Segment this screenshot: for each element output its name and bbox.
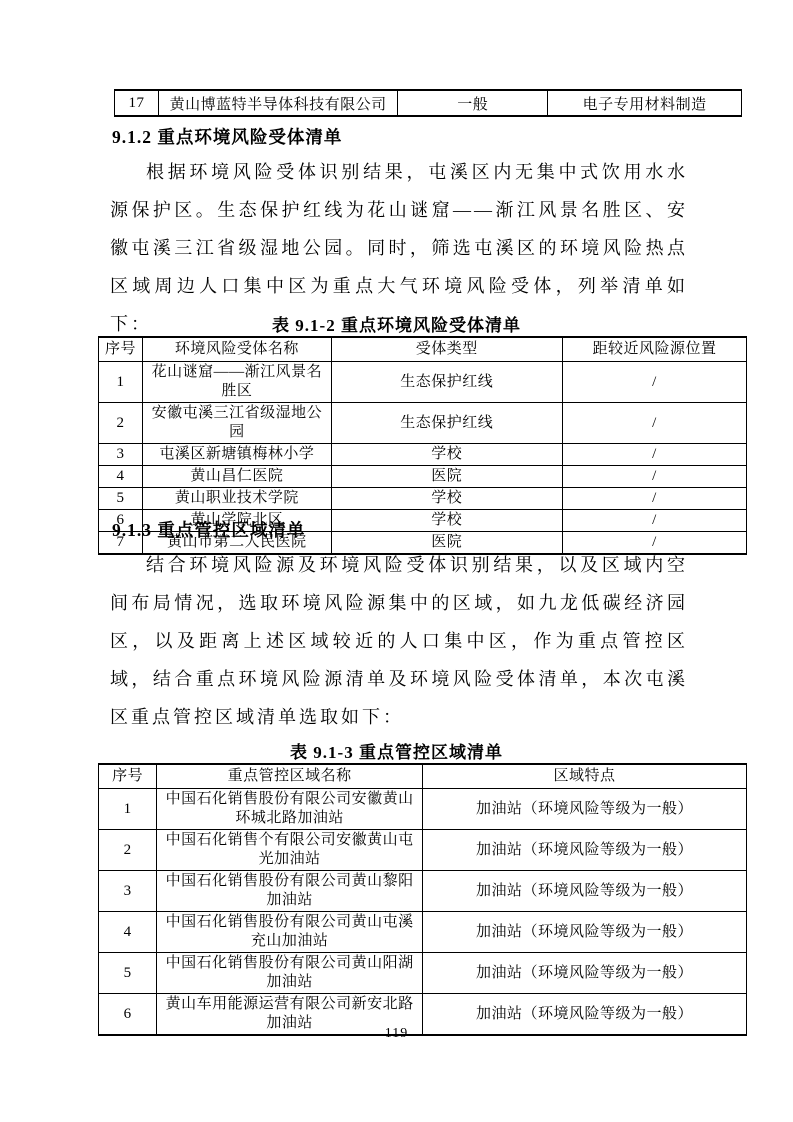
table-cell: 2 [99,830,157,871]
column-header: 环境风险受体名称 [143,337,332,362]
column-header: 重点管控区域名称 [157,764,423,789]
table-row: 4黄山昌仁医院医院/ [99,466,747,488]
section-heading-9-1-3: 9.1.3 重点管控区域清单 [112,517,305,542]
table-cell: 生态保护红线 [331,362,562,403]
table-cell-no: 17 [115,90,159,116]
table-row: 5中国石化销售股份有限公司黄山阳湖加油站加油站（环境风险等级为一般） [99,953,747,994]
table-cell: 5 [99,488,143,510]
table-row: 2安徽屯溪三江省级湿地公园生态保护红线/ [99,403,747,444]
table-cell: 2 [99,403,143,444]
header-row: 序号重点管控区域名称区域特点 [99,764,747,789]
column-header: 区域特点 [422,764,746,789]
document-page: 17 黄山博蓝特半导体科技有限公司 一般 电子专用材料制造 9.1.2 重点环境… [0,0,793,1122]
table-cell: 黄山昌仁医院 [143,466,332,488]
table-cell: 中国石化销售个有限公司安徽黄山屯光加油站 [157,830,423,871]
table-cell: 学校 [331,444,562,466]
table-cell: / [562,403,746,444]
column-header: 受体类型 [331,337,562,362]
table-cell: / [562,466,746,488]
table-row: 4中国石化销售股份有限公司黄山屯溪充山加油站加油站（环境风险等级为一般） [99,912,747,953]
section-heading-9-1-2: 9.1.2 重点环境风险受体清单 [112,124,342,149]
table-cell-company: 黄山博蓝特半导体科技有限公司 [158,90,398,116]
table-cell: 学校 [331,510,562,532]
table-row: 17 黄山博蓝特半导体科技有限公司 一般 电子专用材料制造 [115,90,742,116]
column-header: 距较近风险源位置 [562,337,746,362]
table-cell: 加油站（环境风险等级为一般） [422,912,746,953]
risk-source-table-continued: 17 黄山博蓝特半导体科技有限公司 一般 电子专用材料制造 [114,89,742,117]
table-caption-9-1-2: 表 9.1-2 重点环境风险受体清单 [0,311,793,336]
table-cell: 黄山职业技术学院 [143,488,332,510]
table-cell: 中国石化销售股份有限公司安徽黄山环城北路加油站 [157,789,423,830]
table-cell: 3 [99,871,157,912]
table-row: 2中国石化销售个有限公司安徽黄山屯光加油站加油站（环境风险等级为一般） [99,830,747,871]
table-cell: 中国石化销售股份有限公司黄山黎阳加油站 [157,871,423,912]
table-row: 5黄山职业技术学院学校/ [99,488,747,510]
table-cell: 1 [99,362,143,403]
table-cell: / [562,510,746,532]
table-cell-industry: 电子专用材料制造 [548,90,742,116]
table-cell: / [562,444,746,466]
table-row: 3中国石化销售股份有限公司黄山黎阳加油站加油站（环境风险等级为一般） [99,871,747,912]
table-caption-9-1-3: 表 9.1-3 重点管控区域清单 [0,738,793,763]
table-cell: 中国石化销售股份有限公司黄山屯溪充山加油站 [157,912,423,953]
table-cell: 安徽屯溪三江省级湿地公园 [143,403,332,444]
table-row: 1花山谜窟——渐江风景名胜区生态保护红线/ [99,362,747,403]
table-cell: 4 [99,466,143,488]
paragraph-9-1-3: 结合环境风险源及环境风险受体识别结果，以及区域内空间布局情况，选取环境风险源集中… [110,546,688,736]
table-cell: 生态保护红线 [331,403,562,444]
table-cell: 加油站（环境风险等级为一般） [422,789,746,830]
table-row: 1中国石化销售股份有限公司安徽黄山环城北路加油站加油站（环境风险等级为一般） [99,789,747,830]
page-number: 119 [0,1026,793,1042]
table-cell: 中国石化销售股份有限公司黄山阳湖加油站 [157,953,423,994]
table-cell: / [562,488,746,510]
table-cell: 加油站（环境风险等级为一般） [422,830,746,871]
column-header: 序号 [99,337,143,362]
table-cell: 花山谜窟——渐江风景名胜区 [143,362,332,403]
table-cell: 5 [99,953,157,994]
table-cell: / [562,362,746,403]
header-row: 序号环境风险受体名称受体类型距较近风险源位置 [99,337,747,362]
table-cell: 医院 [331,466,562,488]
table-cell: 加油站（环境风险等级为一般） [422,871,746,912]
table-cell: 3 [99,444,143,466]
control-zone-table: 序号重点管控区域名称区域特点1中国石化销售股份有限公司安徽黄山环城北路加油站加油… [98,763,747,1036]
table-row: 3屯溪区新塘镇梅林小学学校/ [99,444,747,466]
table-cell: 屯溪区新塘镇梅林小学 [143,444,332,466]
table-cell-risk-level: 一般 [398,90,548,116]
table-cell: 学校 [331,488,562,510]
column-header: 序号 [99,764,157,789]
table-cell: 加油站（环境风险等级为一般） [422,953,746,994]
table-cell: 1 [99,789,157,830]
table-cell: 4 [99,912,157,953]
